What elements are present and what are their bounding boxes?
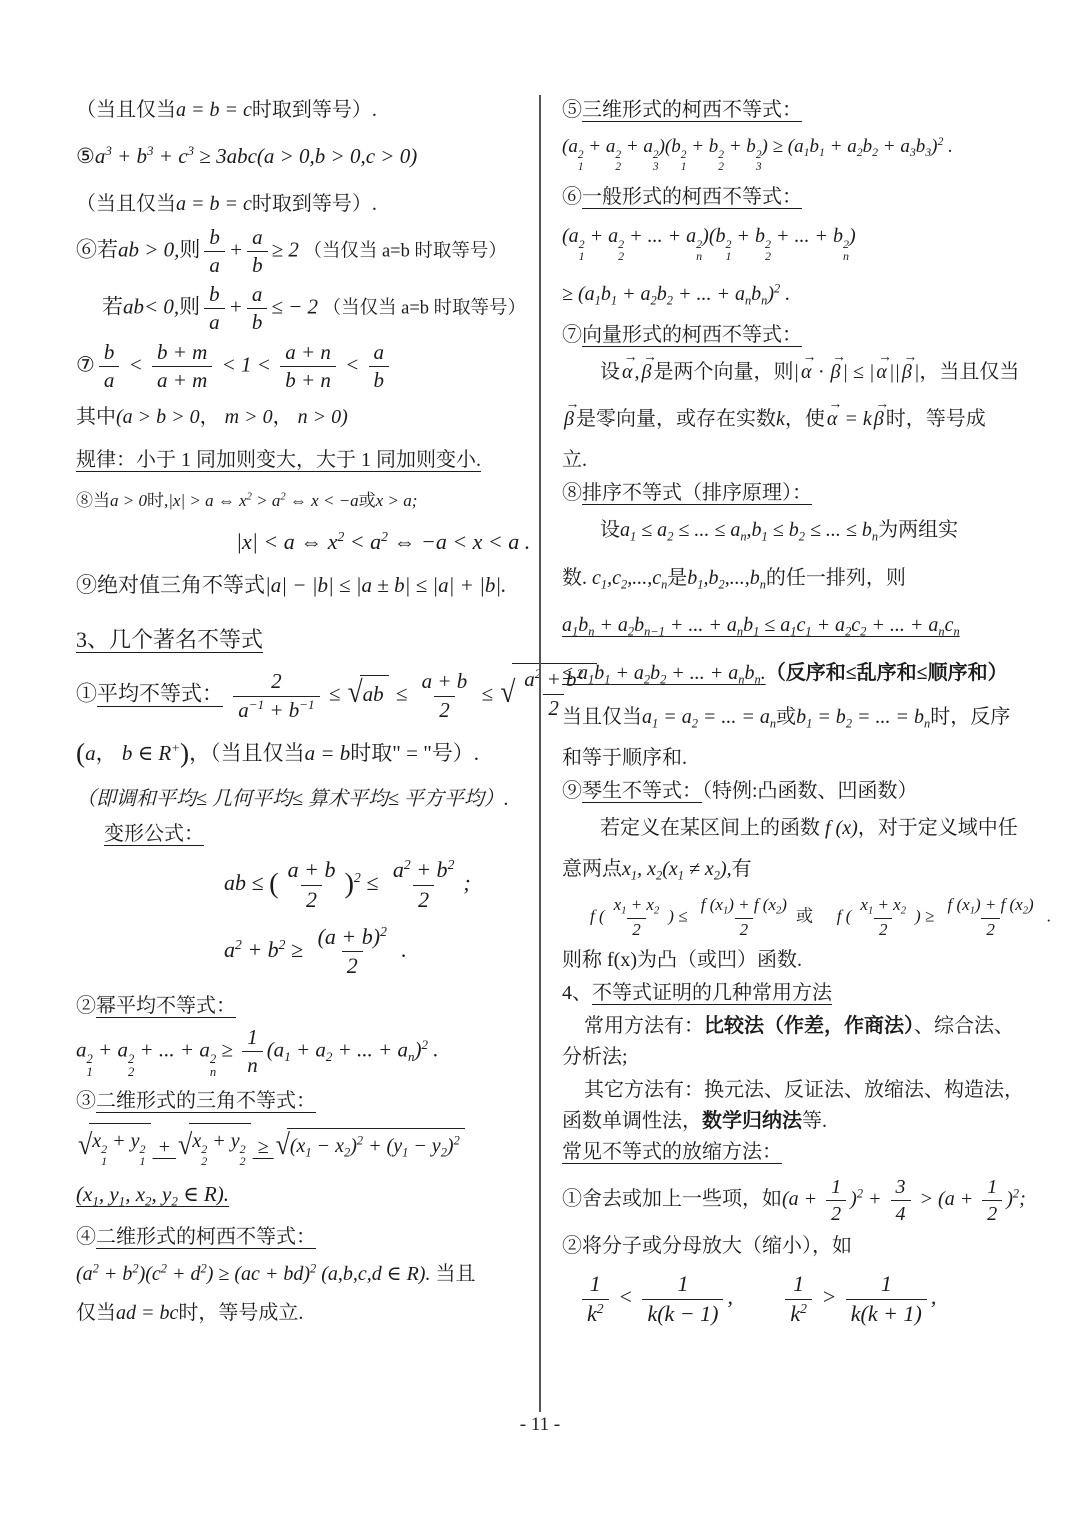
subsup-stack: 22 xyxy=(240,1143,246,1168)
item7-mediant: ⑦ba < b + ma + m < 1 < a + nb + n < ab xyxy=(76,339,538,395)
math-run: b xyxy=(916,136,926,157)
mean-note: （即调和平均≤ 几何平均≤ 算术平均≤ 平方平均）. xyxy=(76,784,538,815)
text-run: 不等式证明的几种常用方法 xyxy=(592,982,832,1004)
text-run: 当且仅当 xyxy=(562,706,642,728)
math-run: 2 xyxy=(548,696,559,720)
math-run: b xyxy=(601,283,611,305)
math-run: f (x xyxy=(701,895,723,914)
text-run: 时，等号成 xyxy=(886,408,986,430)
math-run: ) xyxy=(415,1038,422,1062)
fraction: f (x1) + f (x2)2 xyxy=(696,894,792,941)
item7-vector-line-1: 设α,β是两个向量，则|α · β| ≤ |α||β|，当且仅当 xyxy=(562,357,1036,388)
math-run: a xyxy=(374,340,385,364)
math-run: b xyxy=(104,340,115,364)
math-run: a xyxy=(238,698,249,722)
fraction: (a + b)22 xyxy=(313,923,392,981)
math-run: ≠ x xyxy=(684,858,714,880)
underlined-group: 不等式证明的几种常用方法 xyxy=(592,982,832,1004)
math-run: + b xyxy=(99,1263,133,1285)
item6-cauchyn-heading: ⑥一般形式的柯西不等式： xyxy=(562,182,1036,213)
math-run: ≤ xyxy=(391,682,413,706)
math-run: n xyxy=(247,1053,258,1077)
subscript: 2 xyxy=(654,905,659,916)
math-run: ∈ R). xyxy=(178,1182,229,1206)
math-run: k xyxy=(790,1301,800,1326)
numerator: 1 xyxy=(585,1270,606,1299)
fraction: ab xyxy=(369,339,390,395)
underlined-group: 二维形式的柯西不等式： xyxy=(96,1226,316,1248)
math-run: a xyxy=(224,937,235,962)
methods-line-2: 分析法; xyxy=(562,1042,1036,1073)
denominator: 2 xyxy=(434,696,455,724)
math-run: (a xyxy=(562,225,579,247)
text-run: 3、几个著名不等式 xyxy=(76,627,263,652)
item5-cauchy3-formula: (a21 + a22 + a23)(b21 + b22 + b23) ≥ (a1… xyxy=(562,132,1036,174)
math-run: x xyxy=(192,1130,201,1152)
math-run: 2 xyxy=(987,1203,997,1225)
vector-symbol: α xyxy=(876,357,887,388)
underlined-group: 琴生不等式： xyxy=(582,780,702,802)
column-divider-line xyxy=(539,95,541,1412)
bold-text: 比较法（作差，作商法） xyxy=(704,1015,914,1037)
math-run: − x xyxy=(312,1135,344,1157)
vector-symbol: β xyxy=(642,357,652,388)
math-run: < 1 < xyxy=(216,352,276,376)
fraction: x1 + x22 xyxy=(855,894,911,941)
underlined-group: 排序不等式（排序原理）： xyxy=(582,482,812,504)
radicand: x21 + y21 xyxy=(89,1123,150,1168)
item3-triangle-formula: √x21 + y21 + √x22 + y22 ≥ √(x1 − x2)2 + … xyxy=(76,1123,538,1168)
math-run: k(k − 1) xyxy=(647,1301,718,1326)
text-run: 二维形式的柯西不等式： xyxy=(96,1226,316,1248)
radical-sign: √ xyxy=(348,677,363,708)
underlined-group: 三维形式的柯西不等式： xyxy=(582,99,802,121)
math-run: ab > 0, xyxy=(118,237,179,261)
math-run: ) + f (x xyxy=(975,895,1023,914)
numerator: x1 + x2 xyxy=(609,894,665,918)
sub-part: n xyxy=(843,250,849,263)
math-run: b xyxy=(252,253,263,277)
math-run: ≥ (a xyxy=(562,283,595,305)
shrink-heading: 常见不等式的放缩方法： xyxy=(562,1137,1036,1168)
math-run: + a xyxy=(584,136,616,157)
denominator: a + m xyxy=(152,366,212,394)
math-run: b xyxy=(863,136,873,157)
math-run: (x xyxy=(76,1182,92,1206)
numerator: a2 + b2 xyxy=(388,856,459,885)
fraction: b + ma + m xyxy=(152,339,212,395)
radical-sign: √ xyxy=(276,1131,290,1160)
text-run: 仅当 xyxy=(76,1302,116,1324)
text-run: ， xyxy=(200,406,225,428)
square-root: √x22 + y22 xyxy=(178,1123,251,1168)
math-run: |x| < a ⇔ x xyxy=(236,529,337,554)
text-run: ⑥若 xyxy=(76,237,118,261)
page-number: - 11 - xyxy=(0,1414,1080,1436)
text-run: ④ xyxy=(76,1226,96,1248)
math-run: a xyxy=(562,614,572,636)
text-run: ⑧ xyxy=(562,482,582,504)
column-right: ⑤三维形式的柯西不等式：(a21 + a22 + a23)(b21 + b22 … xyxy=(562,95,1036,1328)
math-run: , x xyxy=(637,858,656,880)
shrink-item-1: ①舍去或加上一些项，如(a + 12)2 + 34 > (a + 12)2; xyxy=(562,1174,1036,1227)
math-run: ) xyxy=(850,1188,857,1210)
shrink-item-2: ②将分子或分母放大（缩小），如 xyxy=(562,1231,1036,1262)
text-run: 4、 xyxy=(562,982,592,1004)
math-run: ) xyxy=(1028,895,1034,914)
math-run: ≤ − 2 xyxy=(271,295,318,319)
shrink-formula: 1k2 < 1k(k − 1),1k2 > 1k(k + 1), xyxy=(562,1270,1036,1328)
math-run: + xyxy=(229,237,243,261)
bold-text: （反序和≤乱序和≤顺序和） xyxy=(766,662,1008,684)
math-run: a xyxy=(252,225,263,249)
underlined-group: ≤ a1b1 + a2b2 + ... + anbn. xyxy=(562,662,766,684)
math-run: + xyxy=(229,295,243,319)
fraction: 1k2 xyxy=(785,1270,812,1328)
math-run: b xyxy=(745,662,755,684)
math-run: + b xyxy=(411,858,448,883)
fraction: a + nb + n xyxy=(280,339,336,395)
underlined-group: 一般形式的柯西不等式： xyxy=(582,186,802,208)
math-run: f (x xyxy=(948,895,970,914)
item4-cauchy2-heading: ④二维形式的柯西不等式： xyxy=(76,1222,538,1253)
big-paren: ) xyxy=(344,869,354,900)
math-run: = ... = a xyxy=(698,706,770,728)
math-run: ) ≥ (a xyxy=(762,136,804,157)
text-run: 排序不等式（排序原理）： xyxy=(582,482,812,504)
radicand: ab xyxy=(360,675,389,711)
math-run: )(b xyxy=(702,225,725,247)
item2-power-mean-heading: ②幂平均不等式： xyxy=(76,991,538,1022)
math-run: f ( xyxy=(837,906,852,925)
text-run: （当且仅当 xyxy=(76,99,176,121)
math-run: , y xyxy=(99,1182,119,1206)
text-run: 时取" = "号）. xyxy=(350,741,479,765)
math-run: a xyxy=(642,706,652,728)
math-run: k xyxy=(587,1301,597,1326)
underlined-group: 常见不等式的放缩方法： xyxy=(562,1141,782,1163)
item8-abs-less: |x| < a ⇔ x2 < a2 ⇔ −a < x < a . xyxy=(76,525,538,559)
denominator: 2 xyxy=(874,918,893,941)
math-run: + (y xyxy=(363,1135,402,1157)
text-run: 设 xyxy=(600,519,620,541)
denominator: 4 xyxy=(891,1200,911,1227)
rule-line: 规律：小于 1 同加则变大，大于 1 同加则变小. xyxy=(76,445,538,476)
text-run: ，当且仅当 xyxy=(919,361,1019,383)
math-run: ab xyxy=(363,682,384,706)
big-paren: ( xyxy=(76,738,85,768)
numerator: a xyxy=(247,281,268,308)
superscript: 2 xyxy=(354,870,361,885)
math-run: ) ≤ xyxy=(668,906,692,925)
text-run: ⑦ xyxy=(76,352,95,376)
math-run: 1 xyxy=(881,1271,892,1296)
text-run: 其中 xyxy=(76,406,116,428)
text-run: ⑥ xyxy=(562,186,582,208)
numerator: a + b xyxy=(417,668,473,695)
vector-symbol: α xyxy=(801,357,812,388)
underlined-group: 幂平均不等式： xyxy=(96,995,236,1017)
math-run: + b xyxy=(732,225,766,247)
math-run: ≤ ... ≤ a xyxy=(673,519,740,541)
math-run: m > 0 xyxy=(225,406,273,428)
underlined-group: (x1, y1, x2, y2 ∈ R). xyxy=(76,1182,229,1206)
math-run: ) xyxy=(350,1135,357,1157)
math-run: ; xyxy=(1019,1188,1026,1210)
equality-note-1: （当且仅当a = b = c时取到等号）. xyxy=(76,95,538,126)
fraction: a + b2 xyxy=(283,856,341,914)
math-run: > (a + xyxy=(915,1188,979,1210)
math-run: > a xyxy=(252,491,280,510)
math-run: + x xyxy=(873,895,901,914)
math-run: ) xyxy=(781,895,787,914)
underlined-group: 平均不等式： xyxy=(97,682,223,706)
math-run: a + m xyxy=(157,368,207,392)
text-run: ，对于定义域中任 xyxy=(858,817,1018,839)
text-run: 时，等号成立. xyxy=(178,1302,303,1324)
math-run: (x xyxy=(662,858,678,880)
fraction: ab xyxy=(247,224,268,280)
math-run: |a| − |b| ≤ |a ± b| ≤ |a| + |b|. xyxy=(265,573,506,597)
text-run: 等. xyxy=(802,1110,827,1132)
math-run: x xyxy=(860,895,868,914)
numerator: 1 xyxy=(982,1174,1002,1200)
item8-rearrangement-heading: ⑧排序不等式（排序原理）： xyxy=(562,478,1036,509)
text-run: ⑤ xyxy=(76,144,95,168)
sub-part: 2 xyxy=(765,250,771,263)
math-run: a + n xyxy=(285,340,331,364)
underlined-group: 3、几个著名不等式 xyxy=(76,627,263,652)
denominator: b xyxy=(247,251,268,279)
sub-part: 3 xyxy=(653,162,659,174)
item8-chain-1: a1bn + a2bn−1 + ... + anb1 ≤ a1c1 + a2c2… xyxy=(562,610,1036,642)
transform-heading: 变形公式： xyxy=(76,819,538,850)
text-run: ， xyxy=(273,406,298,428)
math-run: （即调和平均≤ 几何平均≤ 算术平均≤ 平方平均）. xyxy=(76,788,509,810)
math-run: (a + xyxy=(782,1188,822,1210)
subsup-stack: 21 xyxy=(140,1143,146,1168)
text-run: 或 xyxy=(796,906,813,925)
item7-vector-line-3: 立. xyxy=(562,445,1036,476)
math-run: − y xyxy=(408,1135,440,1157)
text-run: 幂平均不等式： xyxy=(96,995,236,1017)
column-left: （当且仅当a = b = c时取到等号）.⑤a3 + b3 + c3 ≥ 3ab… xyxy=(76,95,538,1329)
fraction: ba xyxy=(99,339,120,395)
numerator: x1 + x2 xyxy=(855,894,911,918)
math-run: b xyxy=(209,282,220,306)
math-run: ≥ 2 xyxy=(272,237,299,261)
item2-power-mean-formula: a21 + a22 + ... + a2n ≥ 1n(a1 + a2 + ...… xyxy=(76,1024,538,1080)
denominator: a xyxy=(204,251,225,279)
text-run: 意两点 xyxy=(562,858,622,880)
math-run: 1 xyxy=(793,1271,804,1296)
math-run: = a xyxy=(658,706,692,728)
text-run: 琴生不等式： xyxy=(582,780,702,802)
text-run: 其它方法有：换元法、反证法、放缩法、构造法， xyxy=(584,1079,1024,1101)
item1-mean-inequality: ①平均不等式：2a−1 + b−1 ≤ √ab ≤ a + b2 ≤ √a2 +… xyxy=(76,663,538,724)
square-root: √x21 + y21 xyxy=(78,1123,151,1168)
item4-cauchy2-formula: (a2 + b2)(c2 + d2) ≥ (ac + bd)2 (a,b,c,d… xyxy=(76,1259,538,1290)
bold-text: 数学归纳法 xyxy=(702,1110,802,1132)
math-run: ≤ xyxy=(476,682,498,706)
text-run: 则称 f(x)为凸（或凹）函数. xyxy=(562,949,802,971)
math-run: + y xyxy=(207,1130,239,1152)
math-run: a > 0 xyxy=(110,491,147,510)
math-run: a xyxy=(620,519,630,541)
item3-triangle-heading: ③二维形式的三角不等式： xyxy=(76,1086,538,1117)
denominator: k(k + 1) xyxy=(846,1299,927,1329)
methods-line-1: 常用方法有：比较法（作差，作商法）、综合法、 xyxy=(562,1011,1036,1042)
sub-part: 1 xyxy=(87,1066,93,1079)
math-run: b xyxy=(687,567,697,589)
math-run: b xyxy=(751,283,761,305)
item7-conditions: 其中(a > b > 0， m > 0， n > 0) xyxy=(76,402,538,433)
sub-part: 2 xyxy=(240,1155,246,1168)
underlined-group: 二维形式的三角不等式： xyxy=(96,1090,316,1112)
math-run: b + n xyxy=(285,368,331,392)
sub-part: 1 xyxy=(578,162,584,174)
math-run: b xyxy=(743,614,753,636)
text-run: ， xyxy=(96,741,122,765)
text-run: 变形公式： xyxy=(104,823,204,845)
math-run: 2 xyxy=(439,698,450,722)
text-run: ⑧当 xyxy=(76,491,110,510)
superscript: 2 xyxy=(404,857,411,872)
math-run: (a > b > 0 xyxy=(116,406,200,428)
fraction: 1k(k + 1) xyxy=(846,1270,927,1328)
text-run: 或 xyxy=(776,706,796,728)
item3-domain: (x1, y1, x2, y2 ∈ R). xyxy=(76,1178,538,1212)
math-run: b + m xyxy=(157,340,207,364)
math-run: a xyxy=(95,144,106,168)
math-run: + xyxy=(153,1136,177,1158)
math-run: (a xyxy=(267,1038,285,1062)
item4-cauchy2-note: 仅当ad = bc时，等号成立. xyxy=(76,1298,538,1329)
math-run: b xyxy=(810,136,820,157)
square-root: √ab xyxy=(348,675,389,711)
item9-triangle-abs: ⑨绝对值三角不等式|a| − |b| ≤ |a ± b| ≤ |a| + |b|… xyxy=(76,569,538,602)
math-run: , y xyxy=(152,1182,172,1206)
vector-symbol: β xyxy=(564,404,574,435)
numerator: 3 xyxy=(891,1174,911,1200)
numerator: a + n xyxy=(280,339,336,366)
item9-jensen-line-2: 意两点x1, x2(x1 ≠ x2),有 xyxy=(562,854,1036,886)
math-run: = b xyxy=(812,706,846,728)
math-run: a = b = c xyxy=(176,193,252,215)
text-run: ⑤ xyxy=(562,99,582,121)
math-run: . xyxy=(1043,906,1052,925)
math-run: a = b xyxy=(305,741,351,765)
math-run: + b xyxy=(112,144,147,168)
text-run: ⑨ xyxy=(562,780,582,802)
item6-cauchyn-formula-1: (a21 + a22 + ... + a2n)(b21 + b22 + ... … xyxy=(562,221,1036,263)
math-run: + a xyxy=(617,283,651,305)
numerator: b + m xyxy=(152,339,212,366)
text-run: 或 xyxy=(359,491,376,510)
sub-part: n xyxy=(210,1066,216,1079)
text-run: 时，反序 xyxy=(930,706,1010,728)
text-run: ，使 xyxy=(785,408,825,430)
superscript: −1 xyxy=(299,697,314,712)
math-run: ⇔ −a < x < a xyxy=(388,529,519,554)
math-run: f ( xyxy=(590,906,605,925)
math-run: a + b xyxy=(288,857,336,882)
text-run: 设 xyxy=(600,361,620,383)
math-run: b xyxy=(650,662,660,684)
math-run: ,...,b xyxy=(725,567,760,589)
math-run: ≤ a xyxy=(562,662,588,684)
math-run: + ... + b xyxy=(771,225,843,247)
item8-abs-greater: ⑧当a > 0时,|x| > a ⇔ x2 > a2 ⇔ x < −a或x > … xyxy=(76,488,538,514)
math-run: ab ≤ xyxy=(224,871,269,896)
math-run: (a xyxy=(76,1263,93,1285)
superscript: 2 xyxy=(380,924,387,939)
numerator: 1 xyxy=(672,1270,693,1299)
math-run: x > a; xyxy=(376,491,418,510)
numerator: a xyxy=(247,224,268,251)
text-run: 的任一排列，则 xyxy=(766,567,906,589)
math-run: < a xyxy=(344,529,381,554)
subscript: n−1 xyxy=(644,625,665,639)
numerator: 2 xyxy=(266,668,287,695)
text-run: 三维形式的柯西不等式： xyxy=(582,99,802,121)
fraction: 1k(k − 1) xyxy=(642,1270,723,1328)
superscript: −1 xyxy=(249,697,264,712)
fraction: 1n xyxy=(242,1024,263,1080)
denominator: 2 xyxy=(543,694,564,722)
math-run: < xyxy=(340,352,365,376)
math-run: + c xyxy=(154,144,188,168)
math-run: + y xyxy=(107,1130,139,1152)
math-run: b xyxy=(209,225,220,249)
item9-jensen-heading: ⑨琴生不等式：（特例:凸函数、凹函数） xyxy=(562,776,1036,807)
math-run: , xyxy=(931,1284,937,1309)
math-run: > xyxy=(816,1284,842,1309)
math-run: ,c xyxy=(607,567,621,589)
denominator: 2 xyxy=(627,918,646,941)
math-run: + a xyxy=(585,225,619,247)
math-run: 3 xyxy=(896,1176,906,1198)
methods-line-3: 其它方法有：换元法、反证法、放缩法、构造法， xyxy=(562,1075,1036,1106)
sub-part: 2 xyxy=(618,250,624,263)
math-run: 2 xyxy=(879,920,888,939)
superscript: 2 xyxy=(448,857,455,872)
transform-formula-1: ab ≤ (a + b2)2 ≤ a2 + b22; xyxy=(76,856,538,914)
math-run: 1 xyxy=(590,1271,601,1296)
numerator: a + b xyxy=(283,856,341,885)
numerator: b xyxy=(204,281,225,308)
equality-note-2: （当且仅当a = b = c时取到等号）. xyxy=(76,189,538,220)
text-run: 数. xyxy=(562,567,592,589)
math-run: )(c xyxy=(139,1263,161,1285)
math-run: ≤ a xyxy=(636,519,667,541)
superscript: 2 xyxy=(454,1134,460,1148)
math-run: ) ≥ (ac + bd) xyxy=(207,1263,310,1285)
fraction: 2a−1 + b−1 xyxy=(233,668,319,724)
sub-part: 2 xyxy=(718,162,724,174)
math-run: . xyxy=(428,1038,439,1062)
text-run: 向量形式的柯西不等式： xyxy=(582,324,802,346)
text-run: 时取到等号）. xyxy=(252,99,377,121)
math-run: . xyxy=(396,937,407,962)
math-run: ; xyxy=(463,871,470,896)
item6-cauchyn-formula-2: ≥ (a1b1 + a2b2 + ... + anbn)2 . xyxy=(562,279,1036,311)
sub-part: 2 xyxy=(615,162,621,174)
denominator: 2 xyxy=(981,918,1000,941)
superscript: 2 xyxy=(381,529,388,544)
square-root: √(x1 − x2)2 + (y1 − y2)2 xyxy=(276,1128,465,1163)
math-run: 2 xyxy=(271,669,282,693)
